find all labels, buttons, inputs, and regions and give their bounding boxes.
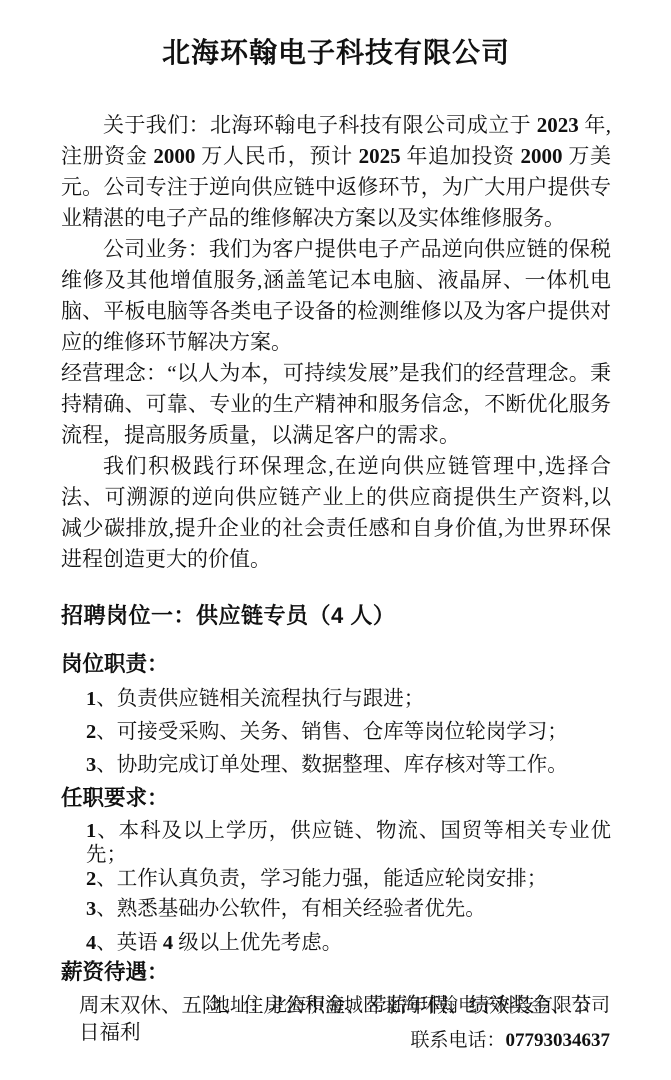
duty-item-2: 2、可接受采购、关务、销售、仓库等岗位轮岗学习；	[61, 719, 611, 746]
duty-item-1: 1、负责供应链相关流程执行与跟进；	[61, 686, 611, 713]
requirement-item-2: 2、工作认真负责，学习能力强，能适应轮岗安排；	[61, 867, 611, 891]
requirement-item-3: 3、熟悉基础办公软件，有相关经验者优先。	[61, 896, 611, 923]
footer: 地址：北海市海城区北海环翰电子科技有限公司 联系电话：07793034637	[211, 988, 610, 1058]
salary-heading: 薪资待遇：	[61, 957, 611, 988]
requirement-item-4: 4、英语 4 级以上优先考虑。	[61, 930, 611, 957]
requirements-heading: 任职要求：	[61, 783, 611, 814]
business-paragraph: 公司业务：我们为客户提供电子产品逆向供应链的保税维修及其他增值服务,涵盖笔记本电…	[61, 234, 611, 358]
duties-list: 1、负责供应链相关流程执行与跟进； 2、可接受采购、关务、销售、仓库等岗位轮岗学…	[61, 686, 611, 779]
environment-paragraph: 我们积极践行环保理念,在逆向供应链管理中,选择合法、可溯源的逆向供应链产业上的供…	[61, 451, 611, 575]
job-position-heading: 招聘岗位一：供应链专员（4 人）	[61, 603, 611, 629]
about-paragraph: 关于我们：北海环翰电子科技有限公司成立于 2023 年,注册资金 2000 万人…	[61, 110, 611, 234]
company-title: 北海环翰电子科技有限公司	[61, 38, 611, 70]
duties-heading: 岗位职责：	[61, 649, 611, 680]
philosophy-paragraph: 经营理念：“以人为本，可持续发展”是我们的经营理念。秉持精确、可靠、专业的生产精…	[61, 358, 611, 451]
requirement-item-1: 1、本科及以上学历，供应链、物流、国贸等相关专业优先；	[61, 819, 611, 867]
requirements-list: 1、本科及以上学历，供应链、物流、国贸等相关专业优先； 2、工作认真负责，学习能…	[61, 819, 611, 957]
document-page: 北海环翰电子科技有限公司 关于我们：北海环翰电子科技有限公司成立于 2023 年…	[0, 0, 671, 1080]
phone-line: 联系电话：07793034637	[211, 1023, 610, 1058]
duty-item-3: 3、协助完成订单处理、数据整理、库存核对等工作。	[61, 752, 611, 779]
address-line: 地址：北海市海城区北海环翰电子科技有限公司	[211, 988, 610, 1023]
